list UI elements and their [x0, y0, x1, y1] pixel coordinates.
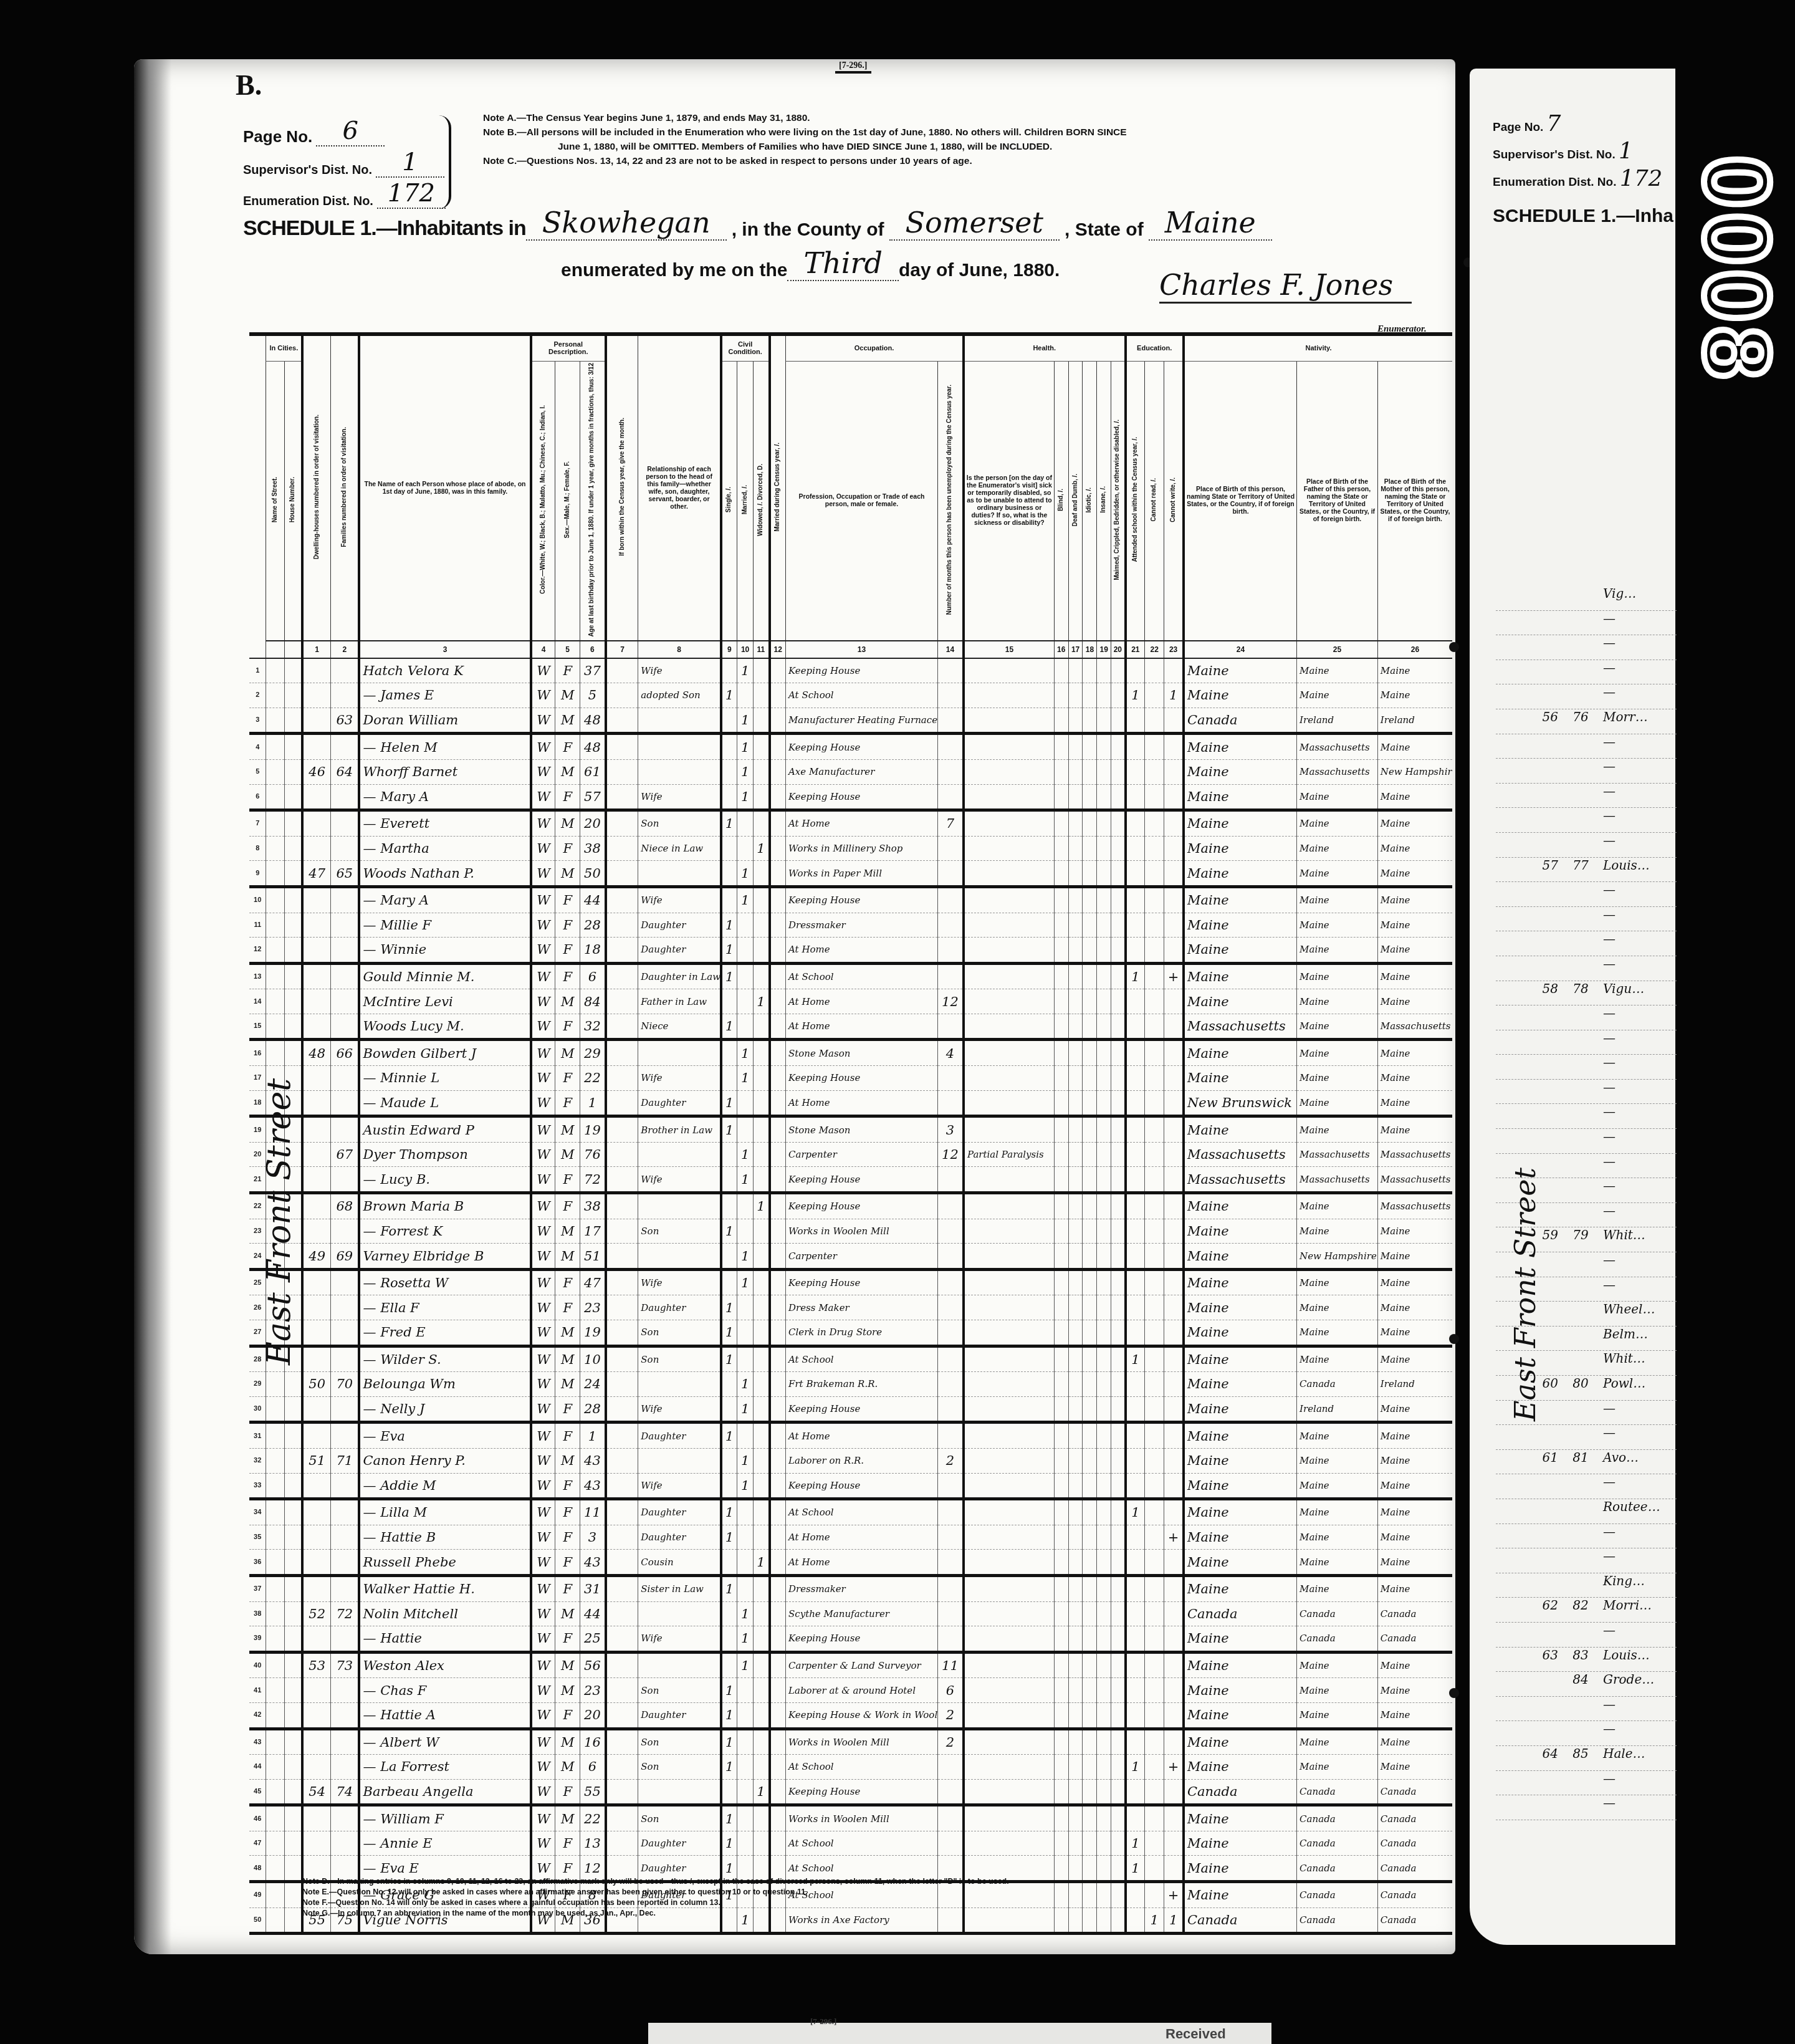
maimed-cell	[1111, 708, 1126, 734]
adjacent-row: 6485Hale…	[1496, 1746, 1677, 1771]
maimed-cell	[1111, 1244, 1126, 1270]
street-cell	[266, 1856, 284, 1882]
relationship-cell: Father in Law	[638, 989, 721, 1014]
father-birthplace-cell: Canada	[1297, 1805, 1378, 1831]
relationship-cell: Wife	[638, 1066, 721, 1091]
born-month-cell	[606, 1525, 638, 1550]
note-a: Note A.—The Census Year begins June 1, 1…	[483, 111, 1418, 125]
table-row: 15Woods Lucy M.WF32Niece1At HomeMassachu…	[249, 1014, 1452, 1040]
born-month-cell	[606, 1831, 638, 1856]
cannot-write-cell	[1164, 1040, 1184, 1066]
street-cell	[266, 938, 284, 964]
married-year-cell	[770, 1090, 786, 1116]
table-row: 405373Weston AlexWM561Carpenter & Land S…	[249, 1652, 1452, 1678]
header-notes: Note A.—The Census Year begins June 1, 1…	[483, 111, 1418, 168]
mother-birthplace-cell: Maine	[1377, 1702, 1452, 1729]
table-row: 385272Nolin MitchellWM441Scythe Manufact…	[249, 1601, 1452, 1626]
bottom-form-code: [7-296.]	[810, 2017, 836, 2027]
idiotic-cell	[1083, 1346, 1097, 1372]
group-health: Health.	[964, 334, 1126, 362]
unemployed-cell	[937, 1473, 964, 1499]
born-month-cell	[606, 1320, 638, 1346]
table-row: 44— La ForrestWM6Son1At School1+MaineMai…	[249, 1755, 1452, 1780]
col-birth-father: Place of Birth of the Father of this per…	[1297, 362, 1378, 641]
idiotic-cell	[1083, 1295, 1097, 1320]
school-cell	[1126, 1269, 1145, 1295]
age-cell: 22	[580, 1066, 606, 1091]
cannot-write-cell: +	[1164, 1755, 1184, 1780]
age-cell: 38	[580, 1193, 606, 1219]
adjacent-row: 6282Morri…	[1496, 1598, 1677, 1623]
adjacent-row: 6383Louis…	[1496, 1648, 1677, 1672]
widowed-cell	[754, 1525, 770, 1550]
born-month-cell	[606, 1090, 638, 1116]
adjacent-family-no	[1562, 1474, 1599, 1499]
age-cell: 3	[580, 1525, 606, 1550]
occupation-cell: Keeping House	[786, 1626, 938, 1653]
married-year-cell	[770, 886, 786, 913]
deaf-cell	[1068, 1550, 1083, 1576]
deaf-cell	[1068, 1805, 1083, 1831]
maimed-cell	[1111, 1755, 1126, 1780]
adjacent-dwelling-no	[1496, 1721, 1562, 1745]
adjacent-family-no	[1562, 1277, 1599, 1302]
age-cell: 28	[580, 1396, 606, 1423]
maimed-cell	[1111, 1346, 1126, 1372]
adjacent-name: Hale…	[1599, 1746, 1677, 1770]
dwelling-no	[302, 1193, 331, 1219]
street-cell	[266, 1702, 284, 1729]
widowed-cell	[754, 1473, 770, 1499]
school-cell	[1126, 1678, 1145, 1703]
adjacent-row: Routee…	[1496, 1499, 1677, 1524]
cannot-write-cell	[1164, 1550, 1184, 1576]
birthplace-cell: Maine	[1184, 1550, 1297, 1576]
color-cell: W	[531, 861, 555, 887]
sex-cell: F	[555, 1626, 580, 1653]
mother-birthplace-cell: New Hampshire	[1377, 759, 1452, 784]
married-cell: 1	[737, 1142, 754, 1167]
insane-cell	[1097, 1601, 1111, 1626]
dwelling-no	[302, 1269, 331, 1295]
sex-cell: F	[555, 913, 580, 938]
mother-birthplace-cell: Maine	[1377, 1219, 1452, 1244]
born-month-cell	[606, 683, 638, 708]
relationship-cell	[638, 1601, 721, 1626]
cannot-read-cell	[1145, 1295, 1164, 1320]
sickness-cell	[964, 708, 1054, 734]
street-cell	[266, 1882, 284, 1908]
street-cell	[266, 886, 284, 913]
street-cell	[266, 1473, 284, 1499]
birthplace-cell: Maine	[1184, 759, 1297, 784]
adjacent-row: —	[1496, 882, 1677, 907]
deaf-cell	[1068, 1779, 1083, 1805]
married-cell: 1	[737, 1040, 754, 1066]
adjacent-name: —	[1599, 734, 1677, 759]
occupation-cell: Dressmaker	[786, 1575, 938, 1601]
mother-birthplace-cell: Canada	[1377, 1601, 1452, 1626]
married-cell	[737, 810, 754, 837]
school-cell	[1126, 1882, 1145, 1908]
deaf-cell	[1068, 938, 1083, 964]
blind-cell	[1054, 1320, 1068, 1346]
birthplace-cell: Maine	[1184, 1805, 1297, 1831]
col-house: House Number.	[284, 362, 302, 641]
married-cell	[737, 1499, 754, 1525]
school-cell	[1126, 658, 1145, 683]
sex-cell: F	[555, 1269, 580, 1295]
father-birthplace-cell: Canada	[1297, 1626, 1378, 1653]
relationship-cell	[638, 1372, 721, 1397]
col-birth-person: Place of Birth of this person, naming St…	[1184, 362, 1297, 641]
insane-cell	[1097, 1702, 1111, 1729]
mother-birthplace-cell: Maine	[1377, 1575, 1452, 1601]
maimed-cell	[1111, 1473, 1126, 1499]
father-birthplace-cell: Maine	[1297, 1116, 1378, 1143]
father-birthplace-cell: Maine	[1297, 1040, 1378, 1066]
sex-cell: F	[555, 658, 580, 683]
col-maimed: Maimed, Crippled, Bedridden, or otherwis…	[1111, 362, 1126, 641]
cannot-write-cell	[1164, 886, 1184, 913]
married-cell	[737, 1320, 754, 1346]
adjacent-name: —	[1599, 660, 1677, 684]
unemployed-cell	[937, 963, 964, 989]
school-cell	[1126, 1116, 1145, 1143]
color-cell: W	[531, 810, 555, 837]
unemployed-cell	[937, 1244, 964, 1270]
cannot-write-cell	[1164, 1142, 1184, 1167]
idiotic-cell	[1083, 1269, 1097, 1295]
single-cell	[721, 734, 737, 760]
line-number: 12	[249, 938, 266, 964]
birthplace-cell: Maine	[1184, 1066, 1297, 1091]
idiotic-cell	[1083, 734, 1097, 760]
blind-cell	[1054, 1575, 1068, 1601]
idiotic-cell	[1083, 1601, 1097, 1626]
school-cell: 1	[1126, 1856, 1145, 1882]
adjacent-family-no	[1562, 1252, 1599, 1277]
street-cell	[266, 1575, 284, 1601]
adjacent-name: —	[1599, 611, 1677, 635]
idiotic-cell	[1083, 938, 1097, 964]
sickness-cell	[964, 989, 1054, 1014]
age-cell: 19	[580, 1116, 606, 1143]
table-row: 27— Fred EWM19Son1Clerk in Drug StoreMai…	[249, 1320, 1452, 1346]
color-cell: W	[531, 1601, 555, 1626]
adjacent-name: Grode…	[1599, 1672, 1677, 1696]
sex-cell: F	[555, 1396, 580, 1423]
house-cell	[284, 1907, 302, 1934]
adjacent-dwelling-no	[1496, 956, 1562, 981]
table-row: 36Russell PhebeWF43Cousin1At HomeMaineMa…	[249, 1550, 1452, 1576]
person-name: Bowden Gilbert J	[359, 1040, 530, 1066]
col-family: Families numbered in order of visitation…	[331, 334, 360, 641]
insane-cell	[1097, 1372, 1111, 1397]
color-cell: W	[531, 1346, 555, 1372]
unemployed-cell: 11	[937, 1652, 964, 1678]
adjacent-dwelling-no	[1496, 611, 1562, 635]
deaf-cell	[1068, 1499, 1083, 1525]
dwelling-no: 54	[302, 1779, 331, 1805]
father-birthplace-cell: Maine	[1297, 963, 1378, 989]
father-birthplace-cell: Maine	[1297, 1525, 1378, 1550]
age-cell: 50	[580, 861, 606, 887]
dwelling-no	[302, 734, 331, 760]
father-birthplace-cell: Massachusetts	[1297, 1142, 1378, 1167]
insane-cell	[1097, 913, 1111, 938]
binder-ring	[1449, 1334, 1459, 1344]
idiotic-cell	[1083, 658, 1097, 683]
widowed-cell: 1	[754, 836, 770, 861]
person-name: — Hattie B	[359, 1525, 530, 1550]
col-blind: Blind, /.	[1054, 362, 1068, 641]
unemployed-cell: 7	[937, 810, 964, 837]
married-cell	[737, 683, 754, 708]
widowed-cell	[754, 1626, 770, 1653]
house-cell	[284, 784, 302, 810]
sex-cell: F	[555, 1525, 580, 1550]
age-cell: 6	[580, 963, 606, 989]
adjacent-dwelling-no	[1496, 660, 1562, 684]
occupation-cell: At Home	[786, 989, 938, 1014]
single-cell	[721, 1244, 737, 1270]
married-year-cell	[770, 1473, 786, 1499]
occupation-cell: Keeping House	[786, 1066, 938, 1091]
person-name: — Maude L	[359, 1090, 530, 1116]
adjacent-dwelling-no	[1496, 833, 1562, 857]
occupation-cell: Keeping House	[786, 658, 938, 683]
blind-cell	[1054, 1167, 1068, 1193]
person-name: — Hattie	[359, 1626, 530, 1653]
cannot-read-cell	[1145, 989, 1164, 1014]
cannot-read-cell	[1145, 938, 1164, 964]
cannot-read-cell	[1145, 1269, 1164, 1295]
occupation-cell: At Home	[786, 938, 938, 964]
cannot-read-cell	[1145, 1755, 1164, 1780]
deaf-cell	[1068, 734, 1083, 760]
table-row: 1Hatch Velora KWF37Wife1Keeping HouseMai…	[249, 658, 1452, 683]
married-year-cell	[770, 1372, 786, 1397]
family-no	[331, 784, 360, 810]
deaf-cell	[1068, 1396, 1083, 1423]
mother-birthplace-cell: Maine	[1377, 1499, 1452, 1525]
school-cell	[1126, 1193, 1145, 1219]
adjacent-name: Avo…	[1599, 1450, 1677, 1474]
street-cell	[266, 734, 284, 760]
school-cell	[1126, 1014, 1145, 1040]
birthplace-cell: Maine	[1184, 683, 1297, 708]
family-no	[331, 1116, 360, 1143]
school-cell	[1126, 1396, 1145, 1423]
cannot-write-cell	[1164, 1448, 1184, 1473]
born-month-cell	[606, 1423, 638, 1449]
col-dwelling: Dwelling-houses numbered in order of vis…	[302, 334, 331, 641]
adjacent-name: Vigu…	[1599, 981, 1677, 1005]
adjacent-row: —	[1496, 1524, 1677, 1549]
dwelling-no	[302, 938, 331, 964]
adjacent-name: —	[1599, 1277, 1677, 1302]
family-no: 74	[331, 1779, 360, 1805]
family-no	[331, 989, 360, 1014]
married-year-cell	[770, 1346, 786, 1372]
adjacent-family-no	[1562, 684, 1599, 709]
adjacent-dwelling-no	[1496, 1524, 1562, 1548]
widowed-cell: 1	[754, 1550, 770, 1576]
line-number: 2	[249, 683, 266, 708]
maimed-cell	[1111, 683, 1126, 708]
cannot-write-cell: +	[1164, 1882, 1184, 1908]
sex-cell: F	[555, 1014, 580, 1040]
married-year-cell	[770, 658, 786, 683]
deaf-cell	[1068, 1831, 1083, 1856]
school-cell	[1126, 1473, 1145, 1499]
married-year-cell	[770, 1066, 786, 1091]
street-cell	[266, 1550, 284, 1576]
sickness-cell	[964, 1295, 1054, 1320]
single-cell	[721, 1372, 737, 1397]
birthplace-cell: New Brunswick	[1184, 1090, 1297, 1116]
line-number: 8	[249, 836, 266, 861]
family-no	[331, 1295, 360, 1320]
birthplace-cell: Maine	[1184, 1244, 1297, 1270]
adjacent-family-no	[1562, 1623, 1599, 1647]
married-year-cell	[770, 1601, 786, 1626]
idiotic-cell	[1083, 1805, 1097, 1831]
occupation-cell: Frt Brakeman R.R.	[786, 1372, 938, 1397]
birthplace-cell: Canada	[1184, 1907, 1297, 1934]
married-year-cell	[770, 1320, 786, 1346]
blind-cell	[1054, 1678, 1068, 1703]
family-no	[331, 1423, 360, 1449]
day-field: Third	[787, 246, 898, 281]
maimed-cell	[1111, 1499, 1126, 1525]
cannot-write-cell	[1164, 938, 1184, 964]
house-cell	[284, 913, 302, 938]
line-number: 43	[249, 1729, 266, 1755]
deaf-cell	[1068, 1219, 1083, 1244]
maimed-cell	[1111, 913, 1126, 938]
table-row: 13Gould Minnie M.WF6Daughter in Law1At S…	[249, 963, 1452, 989]
born-month-cell	[606, 963, 638, 989]
sickness-cell	[964, 1652, 1054, 1678]
married-cell: 1	[737, 658, 754, 683]
family-no	[331, 1473, 360, 1499]
adjacent-dwelling-no	[1496, 931, 1562, 956]
married-cell: 1	[737, 1396, 754, 1423]
dwelling-no	[302, 1678, 331, 1703]
adjacent-name: —	[1599, 1697, 1677, 1721]
widowed-cell	[754, 861, 770, 887]
born-month-cell	[606, 1448, 638, 1473]
birthplace-cell: Massachusetts	[1184, 1142, 1297, 1167]
color-cell: W	[531, 938, 555, 964]
mother-birthplace-cell: Maine	[1377, 1040, 1452, 1066]
idiotic-cell	[1083, 1626, 1097, 1653]
family-no	[331, 1702, 360, 1729]
family-no	[331, 1805, 360, 1831]
sex-cell: M	[555, 810, 580, 837]
married-year-cell	[770, 1167, 786, 1193]
idiotic-cell	[1083, 1550, 1097, 1576]
blind-cell	[1054, 1805, 1068, 1831]
widowed-cell	[754, 658, 770, 683]
age-cell: 29	[580, 1040, 606, 1066]
adjacent-family-no	[1562, 635, 1599, 660]
unemployed-cell: 2	[937, 1702, 964, 1729]
married-cell	[737, 1014, 754, 1040]
relationship-cell: Wife	[638, 1396, 721, 1423]
color-cell: W	[531, 886, 555, 913]
idiotic-cell	[1083, 1090, 1097, 1116]
maimed-cell	[1111, 1320, 1126, 1346]
page-no-label: Page No.	[243, 127, 312, 146]
deaf-cell	[1068, 1116, 1083, 1143]
school-cell	[1126, 989, 1145, 1014]
relationship-cell	[638, 708, 721, 734]
birthplace-cell: Maine	[1184, 1856, 1297, 1882]
insane-cell	[1097, 810, 1111, 837]
person-name: Doran William	[359, 708, 530, 734]
school-cell	[1126, 1448, 1145, 1473]
col-deaf: Deaf and Dumb, /.	[1068, 362, 1083, 641]
relationship-cell: Son	[638, 1755, 721, 1780]
single-cell	[721, 1601, 737, 1626]
table-row: 2067Dyer ThompsonWM761Carpenter12Partial…	[249, 1142, 1452, 1167]
married-cell	[737, 1525, 754, 1550]
deaf-cell	[1068, 1142, 1083, 1167]
sickness-cell	[964, 1473, 1054, 1499]
street-cell	[266, 810, 284, 837]
unemployed-cell	[937, 836, 964, 861]
cannot-write-cell	[1164, 1473, 1184, 1499]
adjacent-family-no	[1562, 1327, 1599, 1351]
insane-cell	[1097, 1882, 1111, 1908]
single-cell: 1	[721, 1575, 737, 1601]
relationship-cell: adopted Son	[638, 683, 721, 708]
cannot-write-cell	[1164, 1499, 1184, 1525]
school-cell	[1126, 913, 1145, 938]
maimed-cell	[1111, 1907, 1126, 1934]
adjacent-name: —	[1599, 1080, 1677, 1104]
insane-cell	[1097, 1907, 1111, 1934]
idiotic-cell	[1083, 1320, 1097, 1346]
person-name: Woods Lucy M.	[359, 1014, 530, 1040]
deaf-cell	[1068, 1346, 1083, 1372]
adjacent-row: —	[1496, 1795, 1677, 1820]
line-number: 5	[249, 759, 266, 784]
maimed-cell	[1111, 1372, 1126, 1397]
group-in-cities: In Cities.	[266, 334, 302, 362]
insane-cell	[1097, 1142, 1111, 1167]
widowed-cell	[754, 1066, 770, 1091]
supervisor-no: 1	[376, 148, 444, 178]
age-cell: 38	[580, 836, 606, 861]
maimed-cell	[1111, 658, 1126, 683]
enumerated-label: enumerated by me on the	[561, 260, 787, 281]
age-cell: 51	[580, 1244, 606, 1270]
adjacent-page-meta: Page No. 7 Supervisor's Dist. No. 1 Enum…	[1493, 112, 1662, 194]
color-cell: W	[531, 1729, 555, 1755]
color-cell: W	[531, 1678, 555, 1703]
cannot-read-cell	[1145, 1678, 1164, 1703]
cannot-write-cell	[1164, 1856, 1184, 1882]
color-cell: W	[531, 1014, 555, 1040]
insane-cell	[1097, 963, 1111, 989]
insane-cell	[1097, 1550, 1111, 1576]
age-cell: 1	[580, 1423, 606, 1449]
married-cell	[737, 963, 754, 989]
